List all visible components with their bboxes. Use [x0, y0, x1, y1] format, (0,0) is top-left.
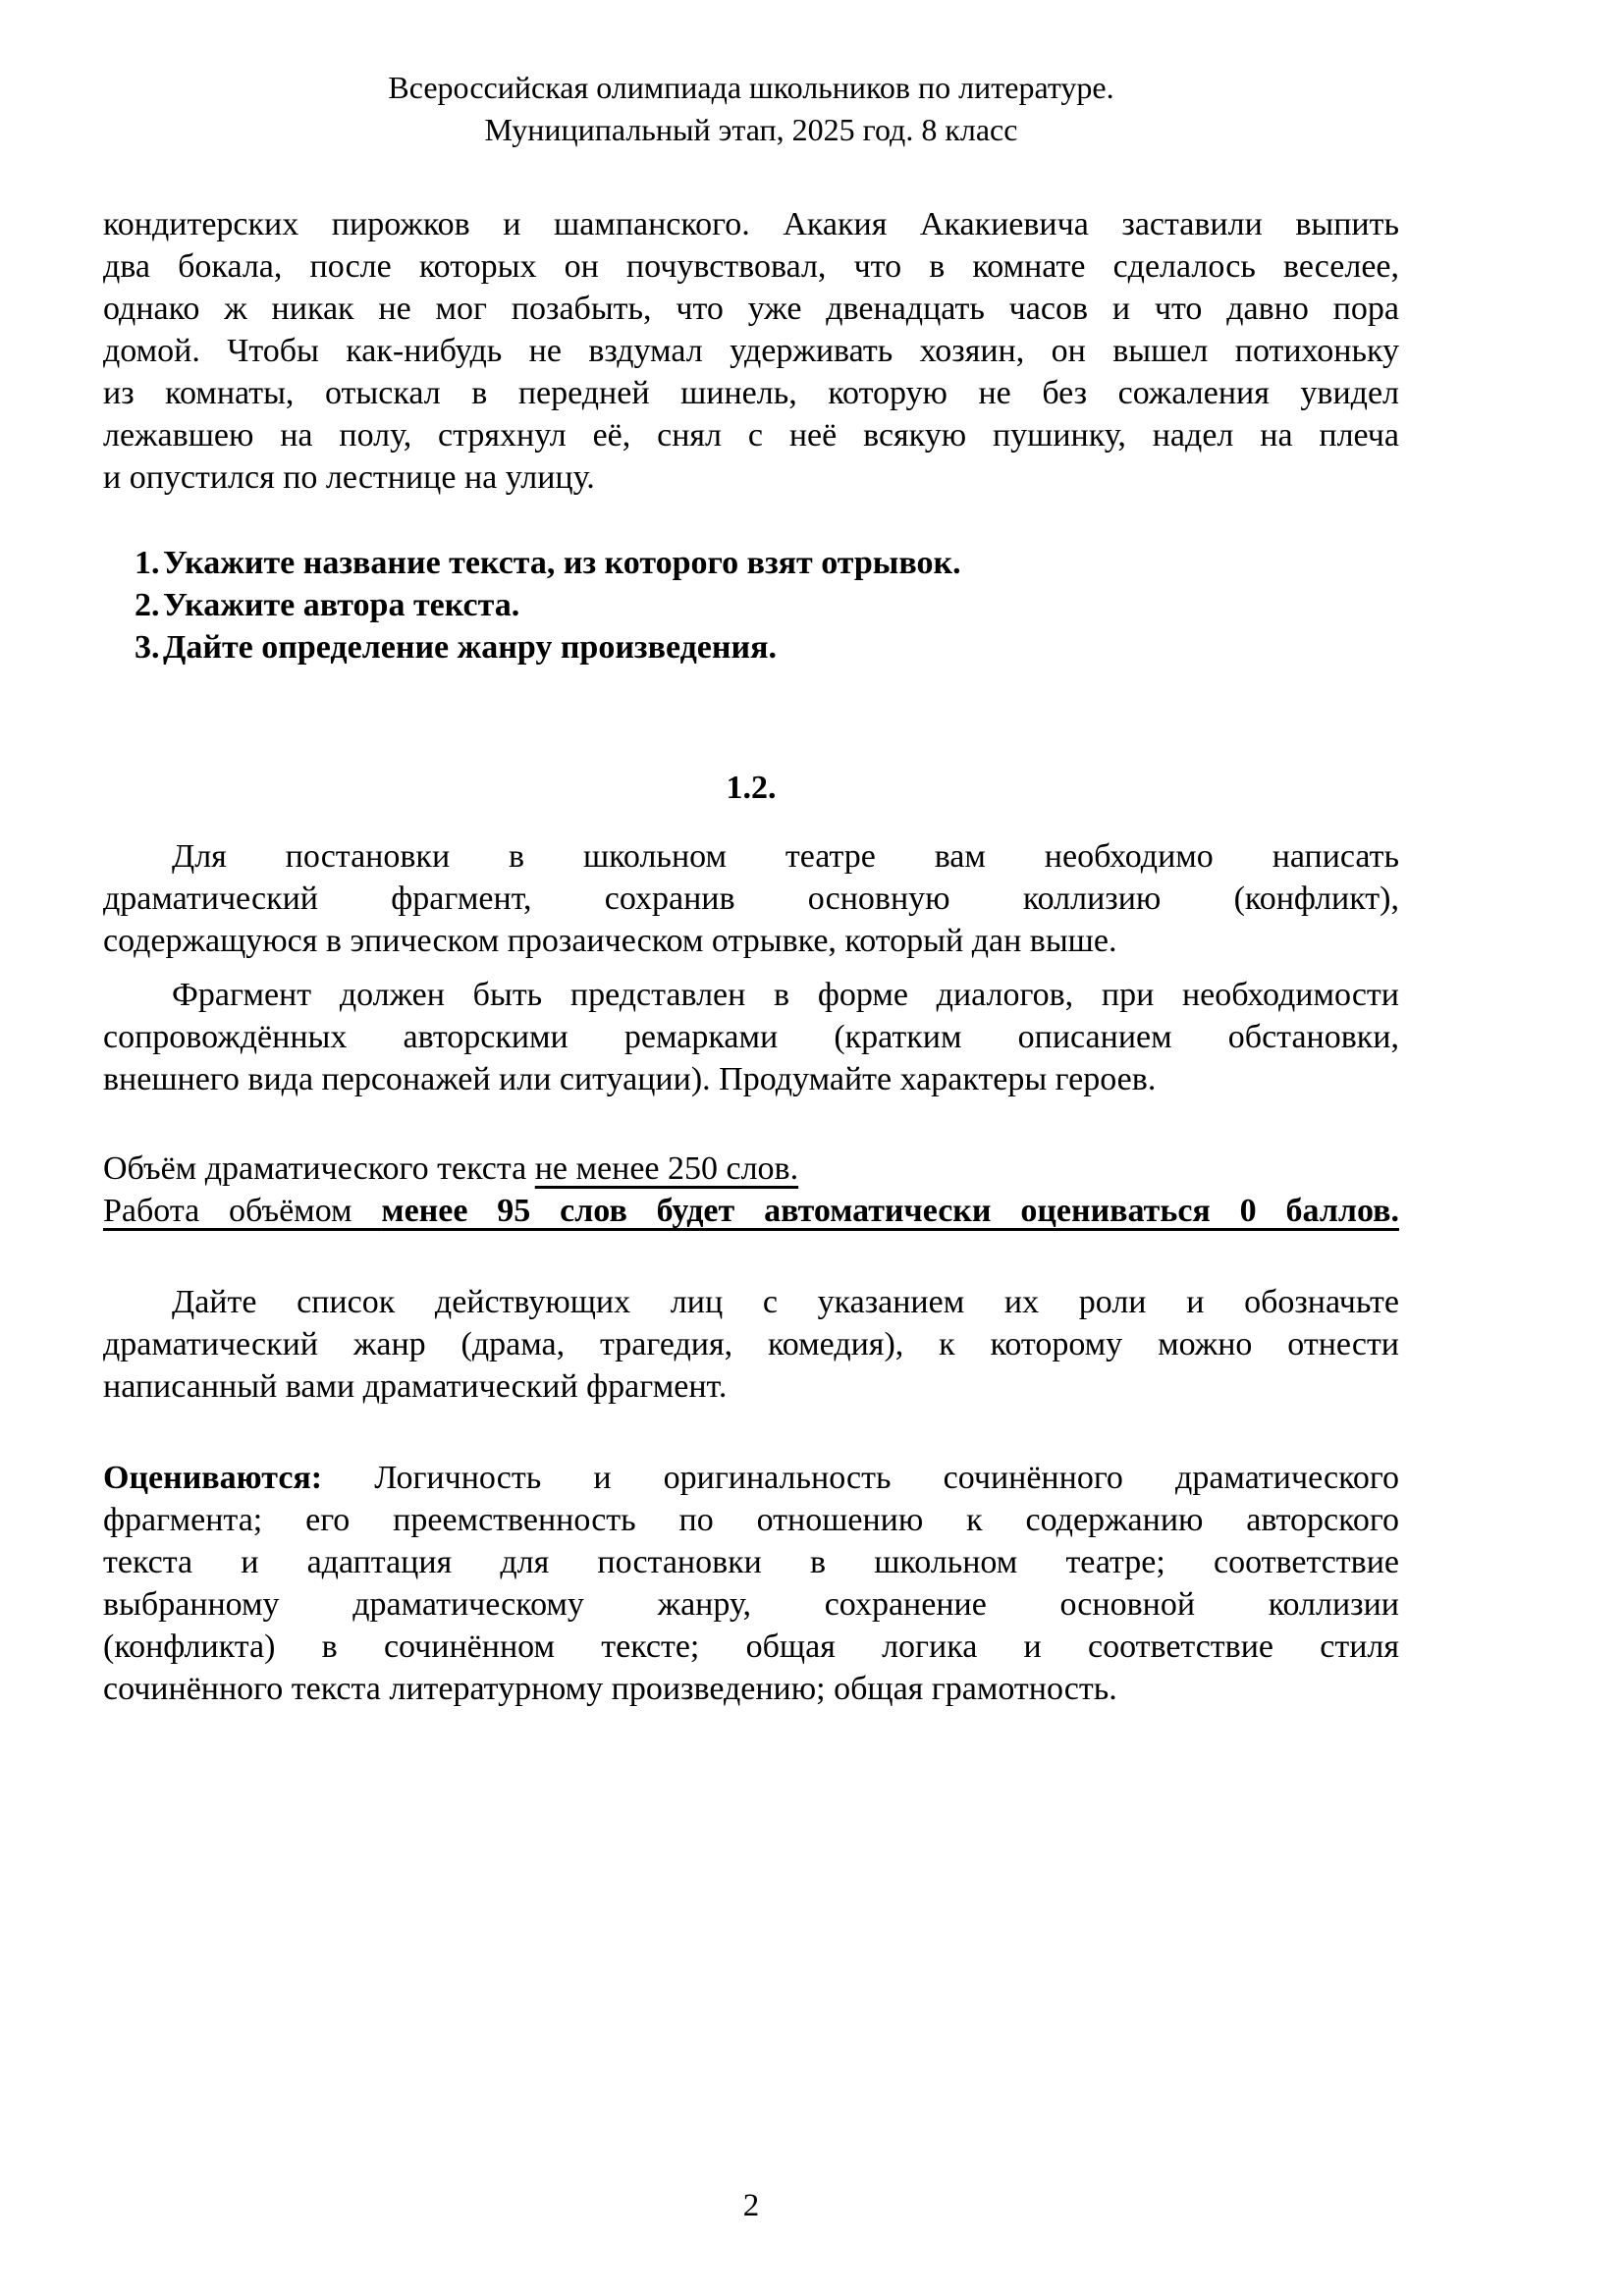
text-line: Для постановки в школьном театре вам нео…: [103, 835, 1399, 878]
min-words-normal-text: Объём драматического текста: [103, 1150, 535, 1187]
volume-requirements: Объём драматического текста не менее 250…: [103, 1148, 1399, 1232]
question-item: 1. Укажите название текста, из которого …: [103, 542, 1399, 584]
question-number: 2.: [135, 584, 160, 626]
text-line: внешнего вида персонажей или ситуации). …: [103, 1058, 1399, 1100]
text-line: домой. Чтобы как-нибудь не вздумал удерж…: [103, 330, 1399, 372]
text-line: фрагмента; его преемственность по отноше…: [103, 1499, 1399, 1541]
zero-score-warning-line: Работа объёмом менее 95 слов будет автом…: [103, 1190, 1399, 1232]
text-line: выбранному драматическому жанру, сохране…: [103, 1583, 1399, 1626]
min-words-underlined-text: не менее 250 слов.: [535, 1150, 798, 1187]
text-line: Фрагмент должен быть представлен в форме…: [103, 974, 1399, 1016]
section-heading: 1.2.: [103, 767, 1399, 809]
excerpt-paragraph: кондитерских пирожков и шампанского. Ака…: [103, 203, 1399, 499]
task-description: Для постановки в школьном театре вам нео…: [103, 835, 1399, 1100]
question-text: Дайте определение жанру произведения.: [163, 629, 777, 666]
questions-list: 1. Укажите название текста, из которого …: [103, 542, 1399, 668]
text-line: сопровождённых авторскими ремарками (кра…: [103, 1016, 1399, 1058]
text-line: однако ж никак не мог позабыть, что уже …: [103, 288, 1399, 330]
criteria-first-line-rest: Логичность и оригинальность сочинённого …: [322, 1460, 1399, 1496]
document-page: Всероссийская олимпиада школьников по ли…: [0, 0, 1624, 2296]
text-line: драматический жанр (драма, трагедия, ком…: [103, 1323, 1399, 1365]
text-line: содержащуюся в эпическом прозаическом от…: [103, 920, 1399, 962]
question-number: 1.: [135, 542, 160, 584]
question-item: 3. Дайте определение жанру произведения.: [103, 626, 1399, 668]
question-text: Укажите название текста, из которого взя…: [163, 545, 961, 581]
text-line: текста и адаптация для постановки в школ…: [103, 1541, 1399, 1583]
criteria-first-line: Оцениваются: Логичность и оригинальность…: [103, 1457, 1399, 1499]
task-paragraph-1: Для постановки в школьном театре вам нео…: [103, 835, 1399, 962]
min-words-line: Объём драматического текста не менее 250…: [103, 1148, 1399, 1190]
text-line: два бокала, после которых он почувствова…: [103, 245, 1399, 288]
text-line: драматический фрагмент, сохранив основну…: [103, 878, 1399, 920]
warning-bold-text: менее 95 слов будет автоматически оценив…: [381, 1193, 1399, 1229]
question-number: 3.: [135, 626, 160, 668]
criteria-paragraph: Оцениваются: Логичность и оригинальность…: [103, 1457, 1399, 1710]
header-line-1: Всероссийская олимпиада школьников по ли…: [103, 67, 1399, 109]
criteria-label: Оцениваются:: [103, 1460, 322, 1496]
text-line: кондитерских пирожков и шампанского. Ака…: [103, 203, 1399, 245]
text-line: из комнаты, отыскал в передней шинель, к…: [103, 372, 1399, 414]
text-line: (конфликта) в сочинённом тексте; общая л…: [103, 1626, 1399, 1668]
text-line: Дайте список действующих лиц с указанием…: [103, 1281, 1399, 1323]
cast-instruction-paragraph: Дайте список действующих лиц с указанием…: [103, 1281, 1399, 1408]
text-line: сочинённого текста литературному произве…: [103, 1668, 1399, 1710]
question-text: Укажите автора текста.: [163, 587, 519, 623]
page-number: 2: [103, 2185, 1399, 2227]
criteria-rest-lines: фрагмента; его преемственность по отноше…: [103, 1499, 1399, 1710]
text-line: написанный вами драматический фрагмент.: [103, 1365, 1399, 1408]
text-line: и опустился по лестнице на улицу.: [103, 456, 1399, 499]
task-paragraph-2: Фрагмент должен быть представлен в форме…: [103, 974, 1399, 1100]
warning-normal-text: Работа объёмом: [103, 1193, 381, 1229]
header-line-2: Муниципальный этап, 2025 год. 8 класс: [103, 109, 1399, 151]
page-header: Всероссийская олимпиада школьников по ли…: [103, 67, 1399, 151]
question-item: 2. Укажите автора текста.: [103, 584, 1399, 626]
text-line: лежавшею на полу, стряхнул её, снял с не…: [103, 414, 1399, 456]
